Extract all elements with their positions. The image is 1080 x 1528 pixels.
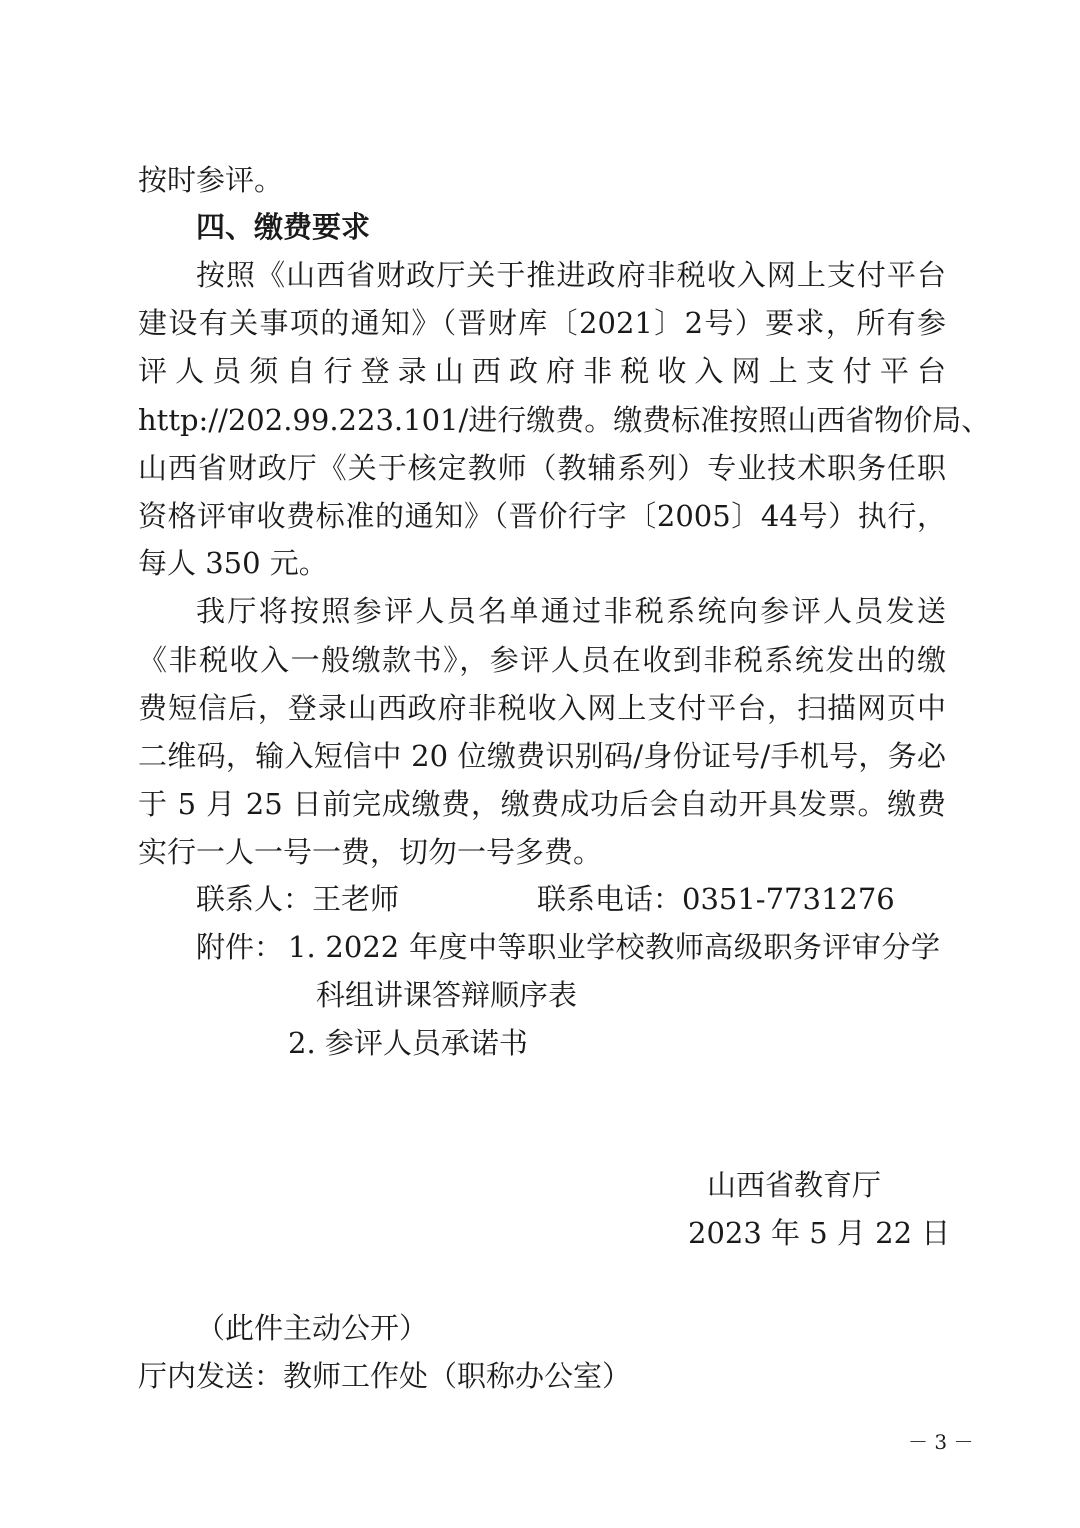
paragraph-2-line: 我厅将按照参评人员名单通过非税系统向参评人员发送 (196, 591, 946, 631)
internal-distribution: 厅内发送：教师工作处（职称办公室） (138, 1356, 631, 1396)
paragraph-1-line: 建设有关事项的通知》（晋财库〔2021〕2号）要求，所有参 (138, 303, 946, 343)
page-number: － 3 － (908, 1426, 973, 1455)
signature-org: 山西省教育厅 (707, 1165, 881, 1205)
paragraph-2-line: 二维码，输入短信中 20 位缴费识别码/身份证号/手机号，务必 (138, 736, 946, 776)
attachment-item-1: 1. 2022 年度中等职业学校教师高级职务评审分学 (288, 927, 940, 967)
paragraph-1-line: 评人员须自行登录山西政府非税收入网上支付平台 (138, 351, 946, 391)
contact-person: 联系人：王老师 (196, 879, 399, 919)
paragraph-2-line: 于 5 月 25 日前完成缴费，缴费成功后会自动开具发票。缴费 (138, 784, 946, 824)
paragraph-2-line: 费短信后，登录山西政府非税收入网上支付平台，扫描网页中 (138, 688, 946, 728)
contact-phone: 联系电话：0351-7731276 (537, 879, 895, 919)
paragraph-1-line: 按照《山西省财政厅关于推进政府非税收入网上支付平台 (196, 255, 946, 295)
paragraph-1-line: 山西省财政厅《关于核定教师（教辅系列）专业技术职务任职 (138, 448, 946, 488)
attachment-item-2: 2. 参评人员承诺书 (288, 1023, 528, 1063)
signature-date: 2023 年 5 月 22 日 (688, 1213, 950, 1253)
paragraph-1-line: http://202.99.223.101/进行缴费。缴费标准按照山西省物价局、 (138, 400, 946, 440)
paragraph-1-line: 每人 350 元。 (138, 543, 328, 583)
section-heading: 四、缴费要求 (196, 207, 370, 247)
public-note: （此件主动公开） (196, 1308, 428, 1348)
text-line: 按时参评。 (138, 160, 283, 200)
attachment-item-1-continued: 科组讲课答辩顺序表 (316, 975, 577, 1015)
paragraph-2-line: 《非税收入一般缴款书》，参评人员在收到非税系统发出的缴 (138, 640, 946, 680)
paragraph-1-line: 资格评审收费标准的通知》（晋价行字〔2005〕44号）执行， (138, 496, 946, 536)
paragraph-2-line: 实行一人一号一费，切勿一号多费。 (138, 832, 602, 872)
attachments-label: 附件： (196, 927, 283, 967)
